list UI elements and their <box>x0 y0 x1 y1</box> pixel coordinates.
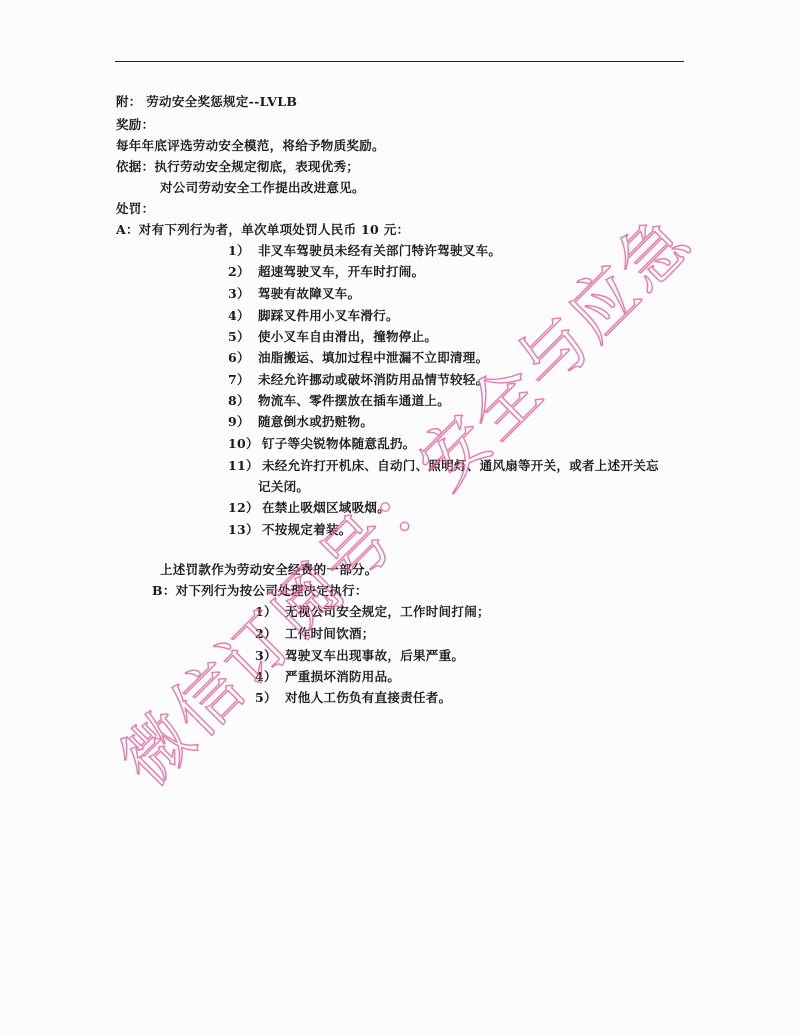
item-text: 超速驾驶叉车，开车时打闹。 <box>258 264 424 279</box>
item-number: 2） <box>255 626 285 642</box>
reward-text: 每年年底评选劳动安全模范，将给予物质奖励。 <box>116 138 385 154</box>
item-number: 5） <box>255 690 285 706</box>
item-number: 3） <box>255 648 285 664</box>
document-title: 附： 劳动安全奖惩规定--LVLB <box>116 94 297 110</box>
item-text: 严重损坏消防用品。 <box>285 669 400 684</box>
item-text: 工作时间饮酒； <box>285 626 375 641</box>
section-a-item: 4）脚踩叉件用小叉车滑行。 <box>228 308 399 324</box>
item-number: 11） <box>228 458 262 474</box>
item-text: 不按规定着装。 <box>262 522 352 537</box>
penalty-heading: 处罚： <box>116 201 154 217</box>
section-b-item: 1）无视公司安全规定，工作时间打闹； <box>255 604 490 620</box>
section-a-item-continuation: 记关闭。 <box>258 479 309 495</box>
section-a-heading: A：对有下列行为者，单次单项处罚人民币 10 元： <box>116 222 409 238</box>
basis-line-2: 对公司劳动安全工作提出改进意见。 <box>160 180 365 196</box>
fine-note: 上述罚款作为劳动安全经费的一部分。 <box>160 562 378 578</box>
item-text: 未经允许挪动或破坏消防用品情节较轻。 <box>258 372 488 387</box>
basis-text-1: 执行劳动安全规定彻底，表现优秀； <box>154 159 359 174</box>
section-a-item: 1）非叉车驾驶员未经有关部门特许驾驶叉车。 <box>228 243 501 259</box>
item-number: 4） <box>228 308 258 324</box>
item-text: 物流车、零件摆放在插车通道上。 <box>258 393 450 408</box>
item-number: 2） <box>228 264 258 280</box>
item-text: 油脂搬运、填加过程中泄漏不立即清理。 <box>258 350 488 365</box>
item-number: 3） <box>228 286 258 302</box>
item-text: 驾驶叉车出现事故，后果严重。 <box>285 648 464 663</box>
item-number: 8） <box>228 393 258 409</box>
section-b-item: 3）驾驶叉车出现事故，后果严重。 <box>255 648 464 664</box>
item-number: 5） <box>228 329 258 345</box>
item-number: 13） <box>228 522 262 538</box>
section-a-item: 6）油脂搬运、填加过程中泄漏不立即清理。 <box>228 350 488 366</box>
section-b-item: 2）工作时间饮酒； <box>255 626 375 642</box>
item-text: 钉子等尖锐物体随意乱扔。 <box>262 436 416 451</box>
section-a-item: 12）在禁止吸烟区域吸烟。 <box>228 500 390 516</box>
section-a-item: 3）驾驶有故障叉车。 <box>228 286 360 302</box>
basis-line-1: 依据：执行劳动安全规定彻底，表现优秀； <box>116 159 359 175</box>
item-text: 脚踩叉件用小叉车滑行。 <box>258 308 399 323</box>
section-a-item: 8）物流车、零件摆放在插车通道上。 <box>228 393 450 409</box>
watermark: 微信订阅号：安全与应急 <box>111 205 704 798</box>
item-number: 1） <box>228 243 258 259</box>
document-page: 附： 劳动安全奖惩规定--LVLB 奖励： 每年年底评选劳动安全模范，将给予物质… <box>0 0 800 1035</box>
reward-heading: 奖励： <box>116 117 154 133</box>
section-b-item: 4）严重损坏消防用品。 <box>255 669 400 685</box>
item-number: 6） <box>228 350 258 366</box>
item-number: 9） <box>228 414 258 430</box>
item-text: 驾驶有故障叉车。 <box>258 286 360 301</box>
item-text: 使小叉车自由滑出，撞物停止。 <box>258 329 437 344</box>
item-text: 无视公司安全规定，工作时间打闹； <box>285 604 490 619</box>
item-number: 12） <box>228 500 262 516</box>
item-text: 非叉车驾驶员未经有关部门特许驾驶叉车。 <box>258 243 501 258</box>
section-a-item: 10）钉子等尖锐物体随意乱扔。 <box>228 436 416 452</box>
section-a-item: 9）随意倒水或扔赃物。 <box>228 414 373 430</box>
item-text: 未经允许打开机床、自动门、照明灯、通风扇等开关，或者上述开关忘 <box>262 458 659 473</box>
item-number: 4） <box>255 669 285 685</box>
item-number: 7） <box>228 372 258 388</box>
section-a-item: 7）未经允许挪动或破坏消防用品情节较轻。 <box>228 372 488 388</box>
item-number: 1） <box>255 604 285 620</box>
item-text: 随意倒水或扔赃物。 <box>258 414 373 429</box>
item-text: 在禁止吸烟区域吸烟。 <box>262 500 390 515</box>
section-a-item: 2）超速驾驶叉车，开车时打闹。 <box>228 264 424 280</box>
item-text: 对他人工伤负有直接责任者。 <box>285 690 451 705</box>
section-a-item: 11）未经允许打开机床、自动门、照明灯、通风扇等开关，或者上述开关忘 <box>228 458 659 474</box>
section-b-item: 5）对他人工伤负有直接责任者。 <box>255 690 451 706</box>
item-number: 10） <box>228 436 262 452</box>
basis-label: 依据： <box>116 159 154 174</box>
section-a-item: 5）使小叉车自由滑出，撞物停止。 <box>228 329 437 345</box>
section-a-item: 13）不按规定着装。 <box>228 522 352 538</box>
section-b-heading: B：对下列行为按公司处理决定执行： <box>152 583 368 599</box>
header-rule <box>115 61 684 62</box>
